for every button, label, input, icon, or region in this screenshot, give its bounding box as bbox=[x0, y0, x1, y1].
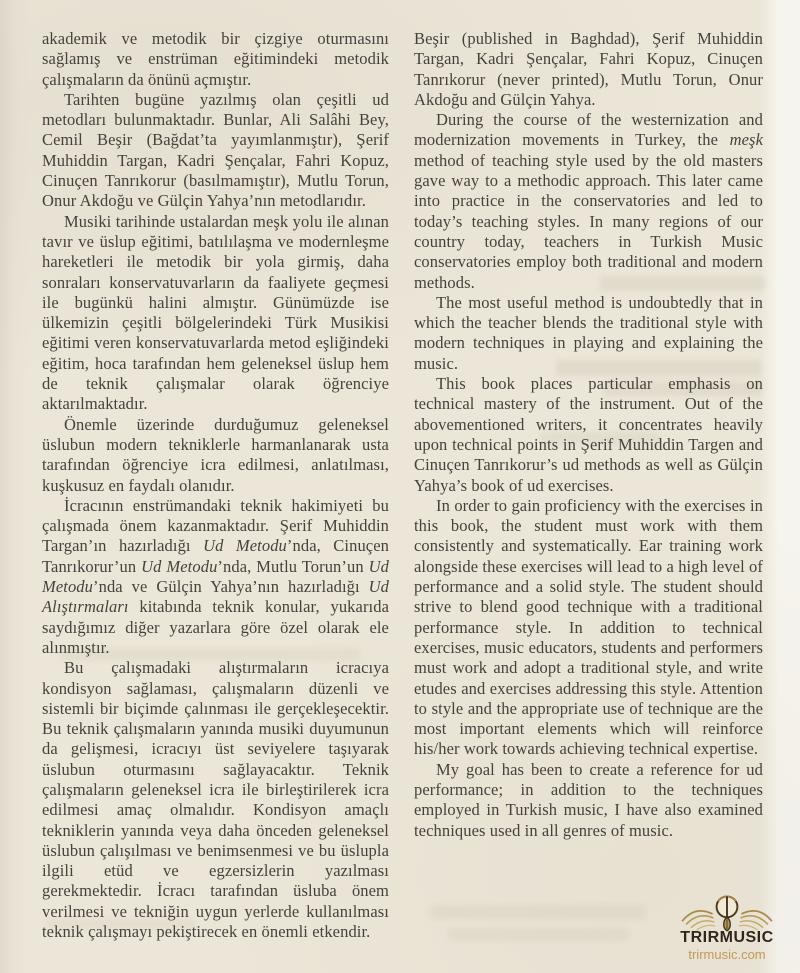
oud-lyre-logo-icon bbox=[679, 894, 775, 934]
paragraph: İcracının enstrümandaki teknik hakimiyet… bbox=[42, 496, 389, 658]
text-segment: My goal has been to create a reference f… bbox=[414, 760, 763, 840]
text-segment: This book places particular emphasis on … bbox=[414, 374, 763, 494]
paragraph: This book places particular emphasis on … bbox=[414, 374, 763, 496]
publisher-website: trirmusic.com bbox=[662, 948, 792, 961]
scan-artifact bbox=[448, 928, 628, 941]
paragraph: Bu çalışmadaki alıştırmaların icracıya k… bbox=[42, 658, 389, 942]
text-segment: method of teaching style used by the old… bbox=[414, 151, 763, 292]
column-left: akademik ve metodik bir çizgiye oturması… bbox=[42, 29, 389, 942]
book-title-italic: meşk bbox=[730, 130, 763, 149]
text-segment: Tarihten bugüne yazılmış olan çeşitli ud… bbox=[42, 90, 389, 210]
paragraph: akademik ve metodik bir çizgiye oturması… bbox=[42, 29, 389, 90]
text-segment: akademik ve metodik bir çizgiye oturması… bbox=[42, 29, 389, 89]
book-title-italic: Ud Metodu bbox=[141, 557, 217, 576]
publisher-logo: TRIRMUSIC trirmusic.com bbox=[662, 894, 792, 961]
publisher-logo-text: TRIRMUSIC bbox=[662, 930, 792, 946]
text-segment: Beşir (published in Baghdad), Şerif Muhi… bbox=[414, 29, 763, 109]
text-segment: In order to gain proficiency with the ex… bbox=[414, 496, 763, 759]
column-right: Beşir (published in Baghdad), Şerif Muhi… bbox=[414, 29, 763, 841]
paragraph: In order to gain proficiency with the ex… bbox=[414, 496, 763, 760]
paragraph: Beşir (published in Baghdad), Şerif Muhi… bbox=[414, 29, 763, 110]
paragraph: During the course of the westernization … bbox=[414, 110, 763, 293]
paragraph: Önemle üzerinde durduğumuz geleneksel üs… bbox=[42, 415, 389, 496]
paragraph: Tarihten bugüne yazılmış olan çeşitli ud… bbox=[42, 90, 389, 212]
text-segment: ’nda ve Gülçin Yahya’nın hazırladığı bbox=[93, 577, 369, 596]
paragraph: My goal has been to create a reference f… bbox=[414, 760, 763, 841]
book-page: akademik ve metodik bir çizgiye oturması… bbox=[0, 0, 800, 973]
paragraph: The most useful method is undoubtedly th… bbox=[414, 293, 763, 374]
text-segment: ’nda, Mutlu Torun’un bbox=[217, 557, 368, 576]
scan-artifact bbox=[430, 905, 645, 919]
text-segment: The most useful method is undoubtedly th… bbox=[414, 293, 763, 373]
text-segment: During the course of the westernization … bbox=[414, 110, 763, 149]
text-segment: Musiki tarihinde ustalardan meşk yolu il… bbox=[42, 212, 389, 414]
paragraph: Musiki tarihinde ustalardan meşk yolu il… bbox=[42, 212, 389, 415]
text-segment: Önemle üzerinde durduğumuz geleneksel üs… bbox=[42, 415, 389, 495]
text-segment: Bu çalışmadaki alıştırmaların icracıya k… bbox=[42, 658, 389, 941]
book-title-italic: Ud Metodu bbox=[203, 536, 287, 555]
